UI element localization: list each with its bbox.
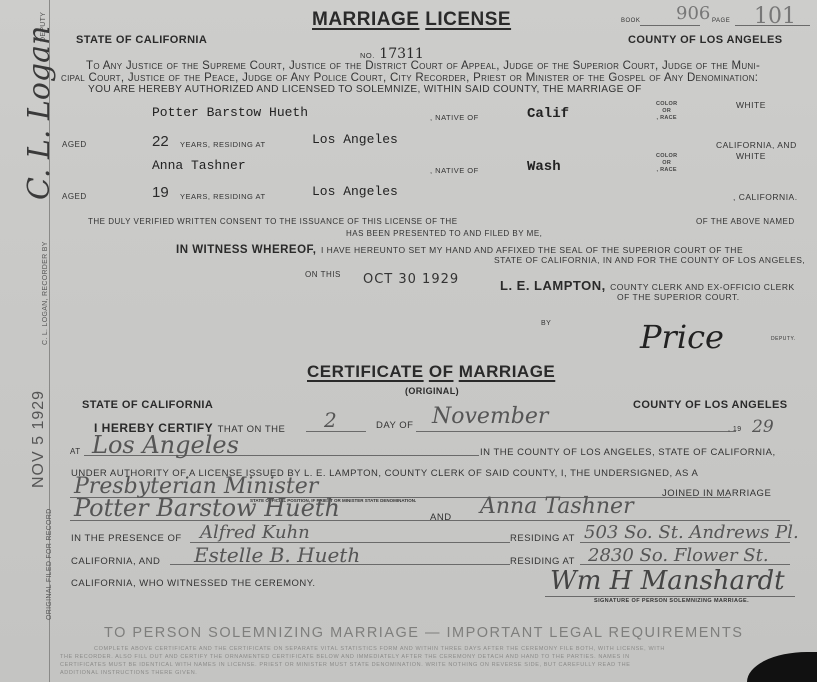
certificate-subtitle: (ORIGINAL) (405, 386, 459, 396)
california-and: CALIFORNIA, AND (71, 556, 160, 567)
bride-state-suffix: , CALIFORNIA. (733, 192, 798, 202)
book-label: BOOK (621, 18, 640, 24)
and-label: AND (430, 512, 452, 523)
page-label: PAGE (712, 18, 730, 24)
groom-race: WHITE (736, 100, 766, 110)
witness-whereof-bold: IN WITNESS WHEREOF, (176, 244, 316, 256)
margin-recorder-label: C. L. LOGAN, RECORDER BY (42, 241, 49, 345)
license-title: MARRIAGE LICENSE (312, 9, 511, 31)
book-value: 906 (676, 3, 710, 24)
marriage-license-document: DEPUTY C. L. Logan C. L. LOGAN, RECORDER… (0, 0, 817, 682)
on-this-label: ON THIS (305, 270, 341, 279)
witness2-name: Estelle B. Hueth (194, 543, 360, 567)
groom-native-of: Calif (527, 106, 569, 122)
clerk-title2: OF THE SUPERIOR COURT. (617, 292, 740, 302)
witnessed-text: CALIFORNIA, WHO WITNESSED THE CEREMONY. (71, 578, 316, 589)
groom-native-label: , NATIVE OF (430, 113, 479, 122)
filed-for-record-label: ORIGINAL FILED FOR RECORD (46, 509, 53, 620)
deputy-label: DEPUTY. (771, 336, 796, 342)
bride-native-of: Wash (527, 159, 561, 175)
witness1-name: Alfred Kuhn (200, 522, 310, 543)
license-county: COUNTY OF LOS ANGELES (628, 34, 782, 46)
consent-line1: THE DULY VERIFIED WRITTEN CONSENT TO THE… (88, 217, 458, 226)
preamble-line2: cipal Court, Justice of the Peace, Judge… (61, 72, 758, 84)
consent-line1-end: OF THE ABOVE NAMED (696, 217, 795, 226)
year-prefix: , 19 (728, 426, 742, 433)
preamble-line1: To Any Justice of the Supreme Court, Jus… (86, 60, 760, 72)
by-label: BY (541, 320, 551, 327)
certificate-groom-name: Potter Barstow Hueth (74, 494, 340, 522)
at-label: AT (70, 447, 81, 456)
deputy-signature: Price (640, 318, 724, 356)
clerk-title1: COUNTY CLERK AND EX-OFFICIO CLERK (610, 282, 794, 292)
book-line (640, 25, 700, 26)
bride-aged-label: AGED (62, 192, 87, 201)
certificate-place: Los Angeles (92, 431, 239, 459)
license-title-word2: LICENSE (425, 9, 511, 30)
certificate-title: CERTIFICATE OF MARRIAGE (307, 362, 555, 382)
bride-name: Anna Tashner (152, 158, 246, 173)
groom-years-label: YEARS, RESIDING AT (180, 140, 266, 149)
certificate-state: STATE OF CALIFORNIA (82, 399, 213, 411)
footer-title: TO PERSON SOLEMNIZING MARRIAGE — IMPORTA… (104, 625, 743, 641)
license-no-label: NO. (360, 51, 375, 60)
license-date: OCT 30 1929 (363, 272, 459, 287)
bride-residence: Los Angeles (312, 184, 398, 199)
filed-date-stamp: NOV 5 1929 (30, 390, 48, 488)
groom-name: Potter Barstow Hueth (152, 105, 308, 120)
certificate-county: COUNTY OF LOS ANGELES (633, 399, 787, 411)
groom-residence: Los Angeles (312, 132, 398, 147)
bride-native-label: , NATIVE OF (430, 166, 479, 175)
witness1-residing-label: RESIDING AT (510, 533, 575, 544)
recorder-signature: C. L. Logan (22, 26, 57, 200)
groom-aged-label: AGED (62, 140, 87, 149)
page-value: 101 (754, 4, 796, 29)
bride-color-label: COLOROR, RACE (656, 153, 677, 174)
witness2-address: 2830 So. Flower St. (588, 545, 769, 566)
certificate-year: 29 (752, 417, 774, 437)
signature-caption: SIGNATURE OF PERSON SOLEMNIZING MARRIAGE… (594, 598, 749, 604)
signature-line (545, 596, 795, 597)
day-of-label: DAY OF (376, 420, 414, 431)
certificate-month: November (432, 404, 548, 429)
officiant-signature: Wm H Manshardt (550, 566, 785, 596)
groom-age: 22 (152, 133, 169, 150)
license-state: STATE OF CALIFORNIA (76, 34, 207, 46)
bride-race: WHITE (736, 151, 766, 161)
county-state-text: IN THE COUNTY OF LOS ANGELES, STATE OF C… (480, 447, 776, 458)
consent-line2: HAS BEEN PRESENTED TO AND FILED BY ME, (346, 229, 542, 238)
footer-instructions: COMPLETE ABOVE CERTIFICATE AND THE CERTI… (60, 645, 810, 677)
clerk-name: L. E. LAMPTON, (500, 278, 606, 293)
certificate-day: 2 (324, 408, 337, 432)
bride-years-label: YEARS, RESIDING AT (180, 192, 266, 201)
preamble-line3: YOU ARE HEREBY AUTHORIZED AND LICENSED T… (88, 84, 642, 95)
bride-line (460, 520, 790, 521)
witness1-address: 503 So. St. Andrews Pl. (584, 522, 799, 543)
presence-label: IN THE PRESENCE OF (71, 533, 182, 544)
month-line (416, 431, 736, 432)
license-title-word1: MARRIAGE (312, 9, 419, 30)
groom-color-label: COLOROR, RACE (656, 101, 677, 122)
certificate-bride-name: Anna Tashner (480, 494, 634, 519)
groom-state-suffix: CALIFORNIA, AND (716, 140, 797, 150)
witness-line2: STATE OF CALIFORNIA, IN AND FOR THE COUN… (494, 255, 805, 265)
witness-whereof-rest: I HAVE HEREUNTO SET MY HAND AND AFFIXED … (321, 245, 743, 255)
joined-label: JOINED IN MARRIAGE (662, 488, 771, 499)
bride-age: 19 (152, 184, 169, 201)
